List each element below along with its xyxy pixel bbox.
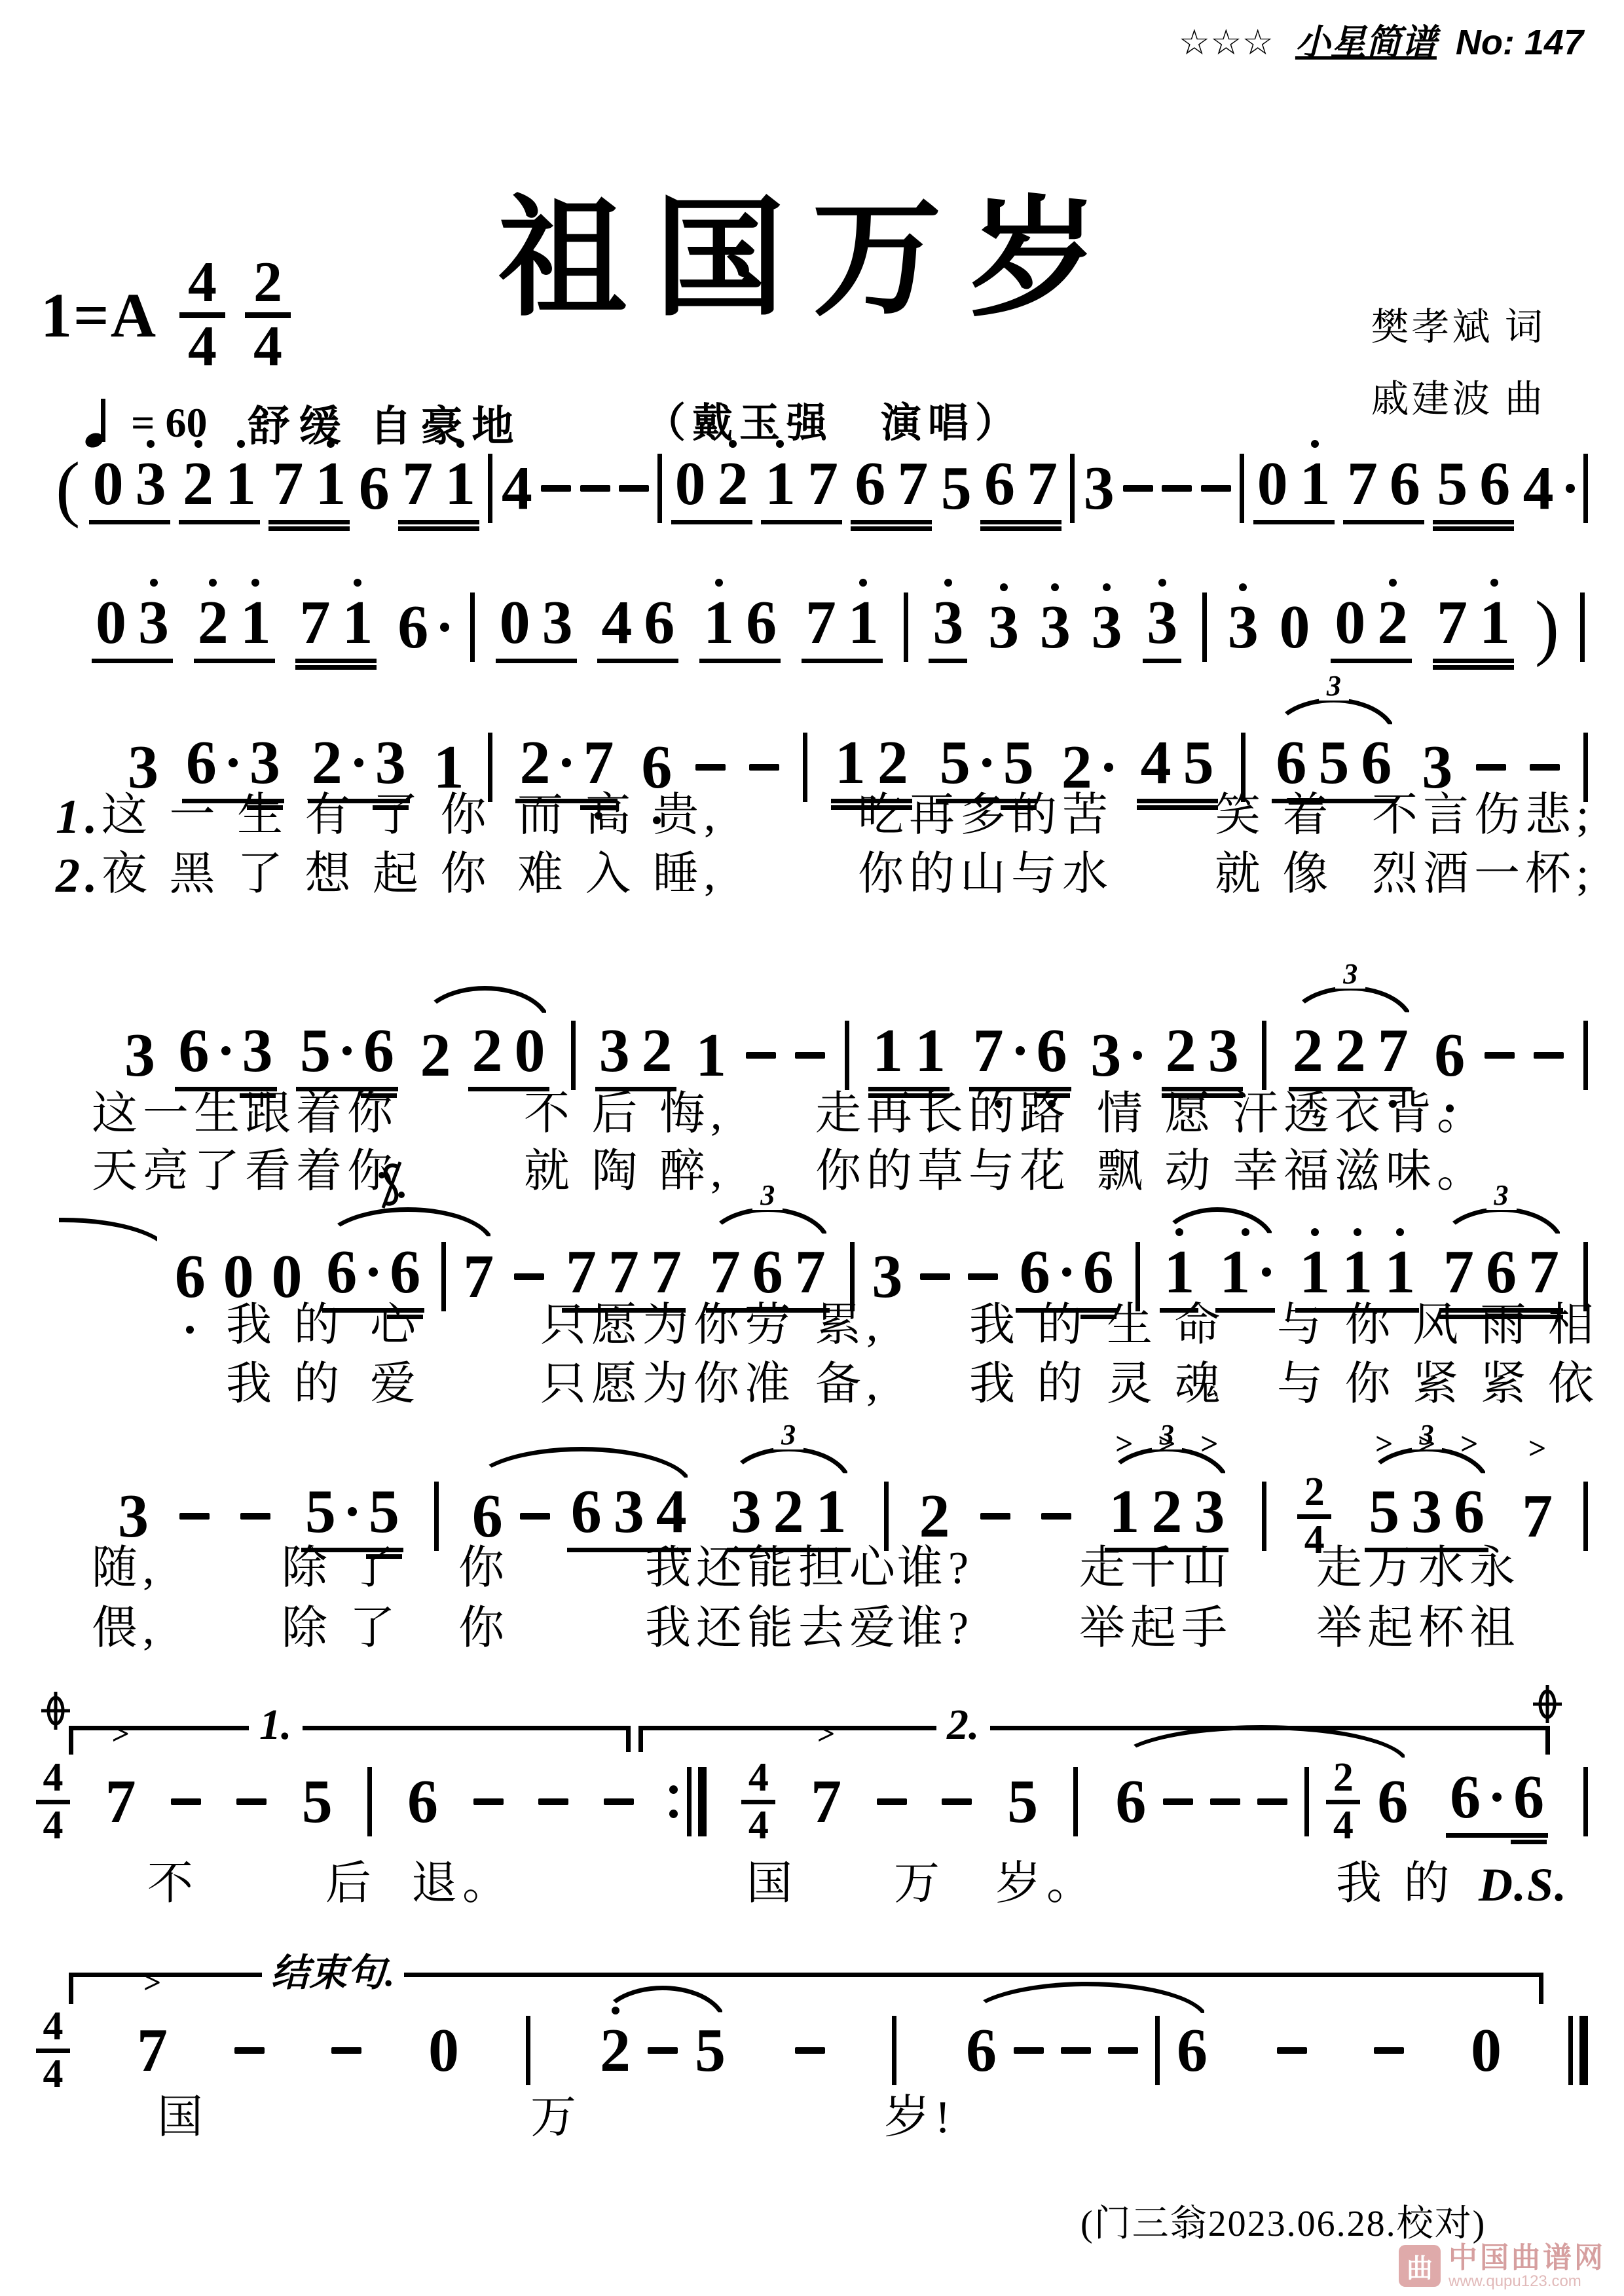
ts-denominator: 4 [188, 321, 217, 374]
music-note: 1 [1219, 1241, 1271, 1303]
lyric-segment: 不 后 悔, [524, 1088, 728, 1141]
duration-dash [1163, 1798, 1193, 1805]
octave-dots-above [1490, 579, 1498, 587]
music-note: 1 [695, 1025, 726, 1086]
triplet-label: 3 [1335, 960, 1365, 989]
volta-overlay: 1. 2. [0, 1690, 1624, 1782]
lyric-segment: 这 一 生 有 了 你 [101, 790, 492, 843]
note-digit: 0 [223, 1246, 254, 1307]
duration-dash [795, 2047, 825, 2054]
music-note: 3 [988, 596, 1019, 658]
lyric-segment: 走再长的路 [815, 1088, 1071, 1141]
music-note: 6 [186, 732, 238, 793]
barline [884, 1482, 889, 1551]
music-note: 2 [600, 2020, 631, 2081]
music-note: >3 [1411, 1481, 1442, 1542]
music-note: 3 [128, 737, 158, 798]
note-digit: 1 [342, 592, 373, 653]
music-note: 3 [932, 592, 963, 653]
lyric-segment: 岁! [884, 2092, 955, 2145]
triplet-group: 3227 [1286, 1020, 1415, 1091]
page-title: 祖国万岁 [498, 154, 1126, 340]
lyric-segment: 举起手 [1079, 1603, 1232, 1656]
barline [1202, 592, 1207, 662]
music-note: 7 [973, 1020, 1025, 1082]
music-note: 2 [1377, 592, 1408, 653]
accent-mark: > [1375, 1429, 1393, 1460]
octave-dots-above [944, 579, 952, 587]
beamed-group: 11 [868, 1020, 950, 1091]
music-note: 1 [445, 453, 475, 515]
note-digit: 7 [807, 453, 838, 515]
music-note: 1 [848, 592, 879, 653]
octave-dot [456, 440, 464, 448]
note-digit: 7 [137, 2020, 168, 2081]
octave-dots-above [1158, 579, 1166, 587]
accent-mark: > [1158, 1429, 1175, 1460]
ts-denominator: 4 [1333, 1807, 1354, 1844]
beamed-group: 02 [1331, 592, 1412, 663]
lyric-segment: 幸福滋味。 [1232, 1146, 1488, 1199]
tie-tail-icon [59, 1215, 157, 1252]
music-note: 7 [299, 592, 330, 653]
music-note: 6 [390, 1241, 420, 1303]
lyric-segment: 走万水永 [1316, 1542, 1521, 1595]
music-note: 1 [240, 592, 271, 653]
duration-dash [1210, 1798, 1240, 1805]
note-digit: 0 [1335, 592, 1365, 653]
music-line: 36356220321117632332276 [0, 1016, 1624, 1095]
note-digit: 7 [402, 453, 433, 515]
key-tonic: 1=A [41, 279, 157, 352]
music-note: 7 [402, 453, 433, 515]
music-note: 0 [515, 1020, 545, 1082]
music-note: 0 [223, 1246, 254, 1307]
music-note: 7 [1027, 453, 1058, 515]
beamed-group: 76 [1343, 453, 1424, 524]
music-note: 3 [1084, 458, 1115, 519]
lyric-segment: 你的草与花 [815, 1146, 1071, 1199]
lyric-segment: 不 [147, 1858, 198, 1911]
note-digit: 1 [445, 453, 475, 515]
note-digit: 1 [1164, 1241, 1194, 1303]
note-digit: 0 [1279, 596, 1310, 658]
music-note: 7 [272, 453, 303, 515]
note-digit: 6 [1479, 453, 1510, 515]
quarter-note-icon [85, 397, 114, 448]
duration-dash [331, 2047, 361, 2054]
duration-dash [1061, 2047, 1091, 2054]
note-digit: 1 [1342, 1241, 1373, 1303]
octave-dots-above [1242, 1228, 1249, 1236]
note-digit: 6 [397, 596, 428, 658]
music-note: 7 [463, 1246, 494, 1307]
notation-paren: ) [1535, 591, 1559, 664]
music-note: 0 [675, 453, 706, 515]
note-digit: 2 [420, 1025, 451, 1086]
note-digit: 1 [816, 1481, 847, 1542]
music-note: 2 [1293, 1020, 1323, 1082]
lyric-segment: 飘 动 [1097, 1146, 1216, 1199]
music-note: 5 [1183, 732, 1214, 793]
lyric-segment: 累, [815, 1300, 883, 1353]
lyric-segment: 夜 黑 了 想 起 你 [101, 848, 492, 902]
note-digit: 6 [1486, 1241, 1517, 1303]
note-digit: 5 [1369, 1481, 1399, 1542]
note-digit: 5 [305, 1481, 336, 1542]
duration-dash [1014, 2047, 1044, 2054]
octave-dots-above [1389, 579, 1397, 587]
coda-icon [1530, 1684, 1565, 1728]
barline [1583, 1482, 1588, 1551]
note-digit: 3 [1084, 458, 1115, 519]
barline [1240, 454, 1244, 523]
note-digit: 6 [1020, 1241, 1050, 1303]
octave-dot [327, 440, 335, 448]
duration-dash [1277, 2047, 1307, 2054]
note-digit: 3 [872, 1246, 902, 1307]
duration-dash [240, 1513, 270, 1520]
music-note: 3 [542, 592, 573, 653]
music-note: 1 [225, 453, 256, 515]
music-note: 6 [1037, 1020, 1067, 1082]
music-note: 4 [1523, 458, 1575, 519]
music-note: 2 [312, 732, 363, 793]
music-note: 2 [183, 453, 213, 515]
note-digit: 3 [242, 1020, 273, 1082]
note-digit: 1 [872, 1020, 903, 1082]
music-note: 7 [1528, 1241, 1559, 1303]
duration-dash [1108, 2047, 1138, 2054]
ending-overlay: 结束句. [0, 1961, 1624, 2020]
time-signature: 24 [245, 257, 291, 374]
note-digit: 1 [240, 592, 271, 653]
barline [488, 454, 492, 523]
watermark-url: www.qupu123.com [1449, 2273, 1606, 2289]
qupu-logo-icon: 曲 [1399, 2245, 1441, 2287]
music-note: 2 [642, 1020, 673, 1082]
note-digit: 3 [136, 453, 166, 515]
beamed-group: 56 [1433, 453, 1514, 524]
duration-dash [1257, 1798, 1287, 1805]
music-note: 1 [1299, 1241, 1330, 1303]
music-note: 7 [608, 1241, 639, 1303]
duration-dash [795, 1052, 825, 1059]
music-note: 7 [897, 453, 928, 515]
note-digit: 1 [315, 453, 346, 515]
music-note: 0 [96, 592, 126, 653]
performer: （戴玉强 演唱） [645, 390, 1022, 448]
lyric-row: 这一生跟着你不 后 悔,走再长的路情 愿汗透衣背。 [0, 1088, 1624, 1147]
note-digit: 6 [1083, 1241, 1114, 1303]
note-digit: 6 [966, 2020, 997, 2081]
accent-mark: > [1460, 1429, 1478, 1460]
lyric-segment: 你的山与水 [858, 848, 1113, 902]
octave-dot [859, 579, 867, 587]
duration-dash [580, 485, 610, 492]
augmentation-dot [440, 623, 449, 632]
note-digit: 3 [1040, 596, 1071, 658]
slur-group: 25 [597, 2020, 728, 2081]
note-digit: 7 [463, 1246, 494, 1307]
duration-dash [695, 764, 726, 771]
series-name: 小星简谱 [1295, 23, 1437, 62]
music-note: 6 [752, 1241, 783, 1303]
music-note: 2 [519, 732, 571, 793]
volta1-line [69, 1726, 630, 1730]
lyric-segment: 笑 着 [1215, 790, 1334, 843]
time-signatures: 4424 [179, 257, 291, 374]
ts-numerator: 4 [188, 257, 217, 310]
note-digit: 5 [1003, 732, 1034, 793]
music-note: 1 [434, 737, 464, 798]
duration-dash [236, 1798, 267, 1805]
music-note: >7 [137, 2020, 168, 2081]
note-digit: 3 [988, 596, 1019, 658]
barline [1070, 454, 1075, 523]
note-digit: 3 [614, 1481, 644, 1542]
proofread-note: (门三翁2023.06.28.校对) [1080, 2195, 1486, 2247]
note-digit: 4 [1523, 458, 1554, 519]
note-digit: 2 [600, 2020, 631, 2081]
octave-dots-above [1396, 1228, 1404, 1236]
note-digit: 0 [1471, 2020, 1502, 2081]
note-digit: 5 [1437, 453, 1467, 515]
lyric-segment: 国 [157, 2092, 208, 2145]
duration-dash [749, 764, 779, 771]
duration-dash [473, 1798, 504, 1805]
music-note: 1 [1384, 1241, 1415, 1303]
music-note: 3 [136, 453, 166, 515]
augmentation-dot [1133, 1051, 1142, 1060]
note-digit: 2 [312, 732, 342, 793]
lyric-segment: 情 愿 [1097, 1088, 1216, 1141]
lyric-segment: 我还能去爱 [645, 1603, 900, 1656]
note-digit: 6 [326, 1241, 357, 1303]
music-note: 6 [984, 453, 1015, 515]
note-digit: 2 [1335, 1020, 1366, 1082]
music-note: 7 [1437, 592, 1467, 653]
duration-dash [179, 1513, 210, 1520]
beamed-group: 21 [179, 453, 260, 524]
music-note: 2 [420, 1025, 451, 1086]
note-digit: 7 [1437, 592, 1467, 653]
lyric-segment: 烈酒一杯; [1372, 848, 1594, 902]
beamed-group: 03 [92, 592, 173, 663]
note-digit: 2 [1377, 592, 1408, 653]
music-note: >2 [1151, 1481, 1182, 1542]
note-digit: 3 [1147, 592, 1177, 653]
music-note: 3 [124, 1025, 155, 1086]
note-digit: 7 [1347, 453, 1378, 515]
note-digit: 7 [897, 453, 928, 515]
music-note: >1 [1109, 1481, 1139, 1542]
lyric-segment: 生 命 [1107, 1300, 1226, 1353]
lyric-segment: 谁? [897, 1542, 974, 1595]
beamed-group: 03 [496, 592, 577, 663]
beamed-group: 71 [268, 453, 350, 524]
lyric-segment: 退。 [411, 1858, 513, 1911]
note-digit: 7 [1528, 1241, 1559, 1303]
lyric-segment: 这一生跟着你 [92, 1088, 398, 1141]
lyric-row: 偎,除 了你我还能去爱谁?举起手举起杯祖 [0, 1603, 1624, 1662]
lyric-segment: 就 像 [1215, 848, 1334, 902]
note-digit: 3 [731, 1481, 762, 1542]
music-note: 6 [175, 1246, 206, 1307]
barline [571, 1021, 576, 1090]
barline [1580, 592, 1585, 662]
note-digit: 6 [644, 592, 674, 653]
note-digit: 7 [272, 453, 303, 515]
octave-dot [1242, 1228, 1249, 1236]
note-digit: 5 [300, 1020, 331, 1082]
augmentation-dot [354, 758, 363, 767]
note-digit: 2 [919, 1485, 950, 1547]
note-digit: 0 [1257, 453, 1288, 515]
octave-dot [194, 440, 202, 448]
octave-dots-above [251, 579, 259, 587]
augmentation-dot [369, 1267, 378, 1277]
key-signature: 1=A 4424 [41, 257, 291, 374]
composer-credit: 戚建波 曲 [1371, 368, 1545, 423]
music-note: 1 [765, 453, 796, 515]
lyric-row: 不后退。国万岁。我 的D.S. [0, 1858, 1624, 1917]
duration-dash [520, 1513, 550, 1520]
music-note: 7 [583, 732, 614, 793]
music-note: 3 [1228, 596, 1259, 658]
music-note: 5 [1437, 453, 1467, 515]
music-note: 2 [773, 1481, 804, 1542]
note-digit: 2 [198, 592, 229, 653]
music-note: 3 [1040, 596, 1071, 658]
note-digit: 3 [249, 732, 280, 793]
watermark-name: 中国曲谱网 [1449, 2243, 1606, 2273]
music-note: 6 [1361, 732, 1392, 793]
music-note: 2 [718, 453, 748, 515]
lyricist-credit: 樊孝斌 词 [1371, 296, 1545, 351]
octave-dot [1239, 583, 1247, 591]
note-digit: 3 [1090, 1025, 1121, 1086]
note-digit: 1 [1384, 1241, 1415, 1303]
duration-dash [604, 1798, 634, 1805]
slur-group: 6634 [470, 1481, 693, 1552]
duration-dash [980, 1513, 1010, 1520]
note-digit: 7 [795, 1241, 826, 1303]
volta2-label: 2. [936, 1704, 990, 1747]
octave-dot [1158, 579, 1166, 587]
music-note: 1 [816, 1481, 847, 1542]
note-digit: 7 [583, 732, 614, 793]
note-digit: 1 [1300, 453, 1331, 515]
note-digit: 1 [703, 592, 734, 653]
note-digit: 3 [1208, 1020, 1239, 1082]
augmentation-dot [1566, 484, 1575, 493]
volta1-end-tick [626, 1726, 631, 1752]
music-note: 1 [835, 732, 866, 793]
music-note: 6 [397, 596, 449, 658]
note-digit: 0 [96, 592, 126, 653]
octave-dot [1311, 440, 1319, 448]
music-note: 4 [1141, 732, 1172, 793]
note-digit: 7 [805, 592, 836, 653]
music-note: 7 [795, 1241, 826, 1303]
note-digit: 1 [1219, 1241, 1250, 1303]
triplet-group: 3321 [724, 1481, 853, 1552]
note-digit: 6 [1276, 732, 1306, 793]
music-note: 6 [179, 1020, 231, 1082]
note-digit: 6 [752, 1241, 783, 1303]
lyric-row: 2.夜 黑 了 想 起 你难 入 睡,你的山与水就 像烈酒一杯; [0, 848, 1624, 907]
octave-dots-above [237, 440, 245, 448]
duration-dash [1123, 485, 1153, 492]
lyric-segment: 除 了 [282, 1603, 401, 1656]
note-digit: 2 [519, 732, 550, 793]
augmentation-dot [1262, 1267, 1271, 1277]
duration-dash [619, 485, 649, 492]
note-digit: 0 [500, 592, 530, 653]
music-note: 1 [915, 1020, 946, 1082]
note-digit: 1 [1109, 1481, 1139, 1542]
note-digit: 2 [718, 453, 748, 515]
ts-denominator: 4 [43, 2056, 64, 2093]
note-digit: 2 [183, 453, 213, 515]
lyric-segment: 与 你 紧 紧 依 [1277, 1358, 1599, 1412]
duration-dash [1485, 1052, 1515, 1059]
music-note: 1 [703, 592, 734, 653]
note-digit: 6 [1037, 1020, 1067, 1082]
music-note: 6 [571, 1481, 602, 1542]
beamed-group: 321 [727, 1481, 851, 1552]
octave-dot [944, 579, 952, 587]
duration-dash [877, 1798, 907, 1805]
ts-denominator: 4 [43, 1807, 64, 1844]
music-note: 7 [651, 1241, 682, 1303]
barline [1583, 454, 1588, 523]
volta2-line [638, 1726, 1550, 1730]
octave-dots-above [327, 440, 335, 448]
lyric-segment: 吃再多的苦 [858, 790, 1113, 843]
music-note: 6 [1177, 2020, 1208, 2081]
duration-dash [541, 485, 571, 492]
lyric-segment: 汗透衣背。 [1232, 1088, 1488, 1141]
music-note: 5 [1318, 732, 1349, 793]
music-note: 7 [566, 1241, 597, 1303]
accent-mark: > [1115, 1429, 1133, 1460]
ending-label: 结束句. [262, 1954, 404, 1992]
augmentation-dot [1104, 763, 1113, 772]
duration-dash [1201, 485, 1231, 492]
lyric-row: 随,除 了你我还能担心谁?走千山走万水永 [0, 1542, 1624, 1601]
music-note: 6 [966, 2020, 997, 2081]
music-note: 6 [1020, 1241, 1071, 1303]
barline [892, 2016, 896, 2085]
music-note: 6 [1390, 453, 1420, 515]
lyric-segment: 我 的 [226, 1300, 345, 1353]
lyric-segment: 偎, [92, 1603, 160, 1656]
note-digit: 3 [1194, 1481, 1225, 1542]
beamed-group: >1>2>3 [1105, 1481, 1228, 1552]
music-note: 6 [472, 1485, 503, 1547]
octave-dot [150, 579, 158, 587]
music-note: 2 [919, 1485, 950, 1547]
lyric-segment: 国 [747, 1858, 798, 1911]
music-note: 7 [710, 1241, 741, 1303]
beamed-group: 71 [295, 592, 377, 663]
lyric-segment: 与 你 风 雨 相 [1277, 1300, 1599, 1353]
music-line: 03217160346167133333300271) [0, 588, 1624, 666]
lyric-segment: 天亮了看着你 [92, 1146, 398, 1199]
music-note: 6 [644, 592, 674, 653]
